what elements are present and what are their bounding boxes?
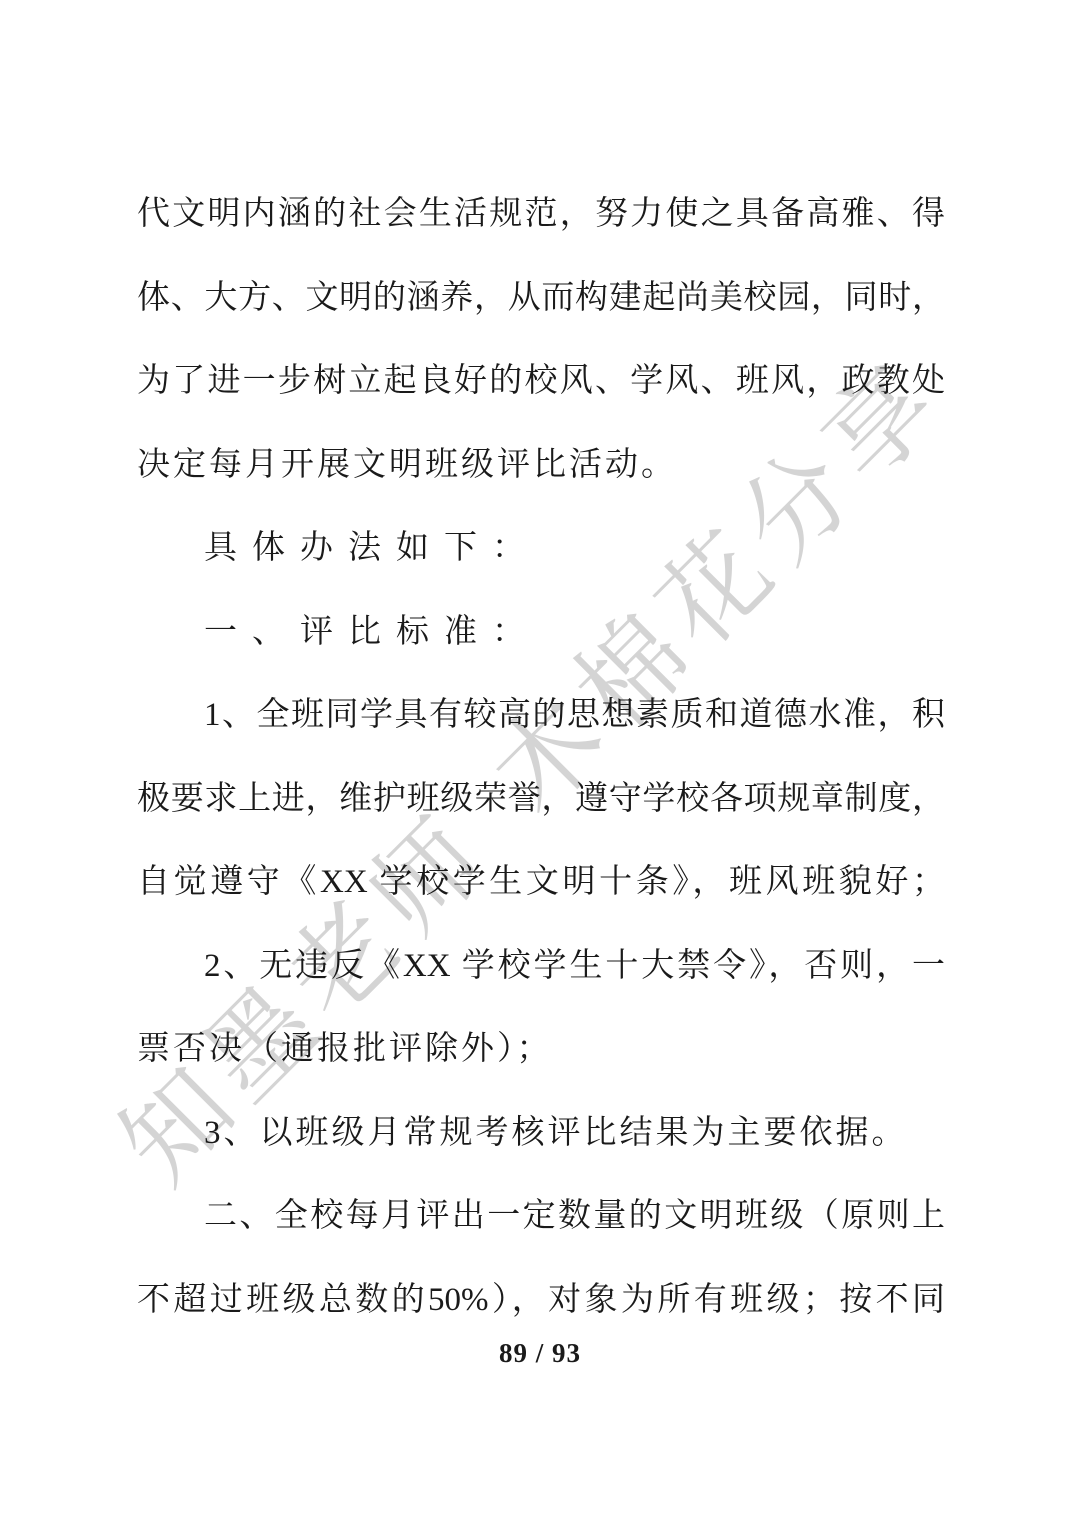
text-line: 票否决（通报批评除外）；	[137, 1008, 945, 1092]
text-line: 代文明内涵的社会生活规范，努力使之具备高雅、得	[137, 173, 945, 257]
text-line: 体、大方、文明的涵养，从而构建起尚美校园，同时，	[137, 257, 945, 341]
text-line: 二、全校每月评出一定数量的文明班级（原则上	[137, 1175, 945, 1259]
text-line: 1、全班同学具有较高的思想素质和道德水准，积	[137, 674, 945, 758]
text-line: 自觉遵守《XX 学校学生文明十条》，班风班貌好；	[137, 841, 945, 925]
text-line: 一、评比标准：	[137, 591, 945, 675]
document-body: 代文明内涵的社会生活规范，努力使之具备高雅、得体、大方、文明的涵养，从而构建起尚…	[137, 173, 945, 1342]
text-line: 极要求上进，维护班级荣誉，遵守学校各项规章制度，	[137, 758, 945, 842]
text-line: 决定每月开展文明班级评比活动。	[137, 424, 945, 508]
text-line: 3、以班级月常规考核评比结果为主要依据。	[137, 1092, 945, 1176]
page-number: 89 / 93	[0, 1338, 1080, 1369]
text-line: 具体办法如下：	[137, 507, 945, 591]
document-page: 知墨老师 木棉花分享 代文明内涵的社会生活规范，努力使之具备高雅、得体、大方、文…	[0, 0, 1080, 1532]
text-line: 为了进一步树立起良好的校风、学风、班风，政教处	[137, 340, 945, 424]
text-line: 不超过班级总数的50%），对象为所有班级；按不同	[137, 1259, 945, 1343]
text-line: 2、无违反《XX 学校学生十大禁令》，否则，一	[137, 925, 945, 1009]
